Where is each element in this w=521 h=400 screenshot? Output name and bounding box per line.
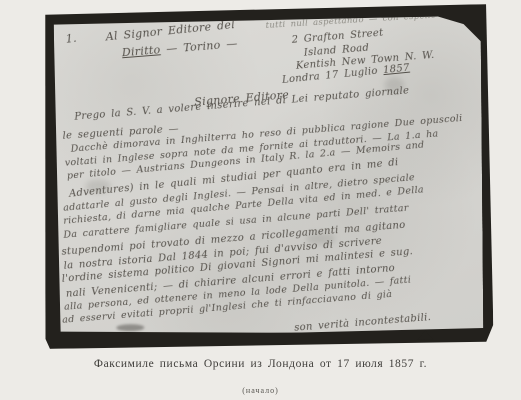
paper-smudge	[116, 324, 144, 331]
page-number: 1.	[65, 33, 77, 45]
figure-caption: Факсимиле письма Орсини из Лондона от 17…	[0, 358, 521, 370]
date-year: 1857	[383, 63, 411, 77]
heading-diritto: Diritto	[121, 43, 161, 59]
letter-paper: 1. Al Signor Editore del Diritto — Torin…	[54, 16, 484, 335]
annotation-line: tutti null aspettando — con espelle	[265, 12, 436, 31]
book-page: 1. Al Signor Editore del Diritto — Torin…	[0, 0, 521, 400]
letter-heading-line: Diritto — Torino —	[121, 38, 238, 58]
heading-torino: — Torino —	[166, 37, 238, 56]
photo-edge-notch	[417, 331, 433, 340]
address-line: 2 Grafton Street	[291, 29, 383, 46]
figure-subcaption: (начало)	[0, 386, 521, 395]
letter-line: son verità incontestabili.	[294, 313, 432, 334]
letter-photograph: 1. Al Signor Editore del Diritto — Torin…	[43, 4, 494, 349]
